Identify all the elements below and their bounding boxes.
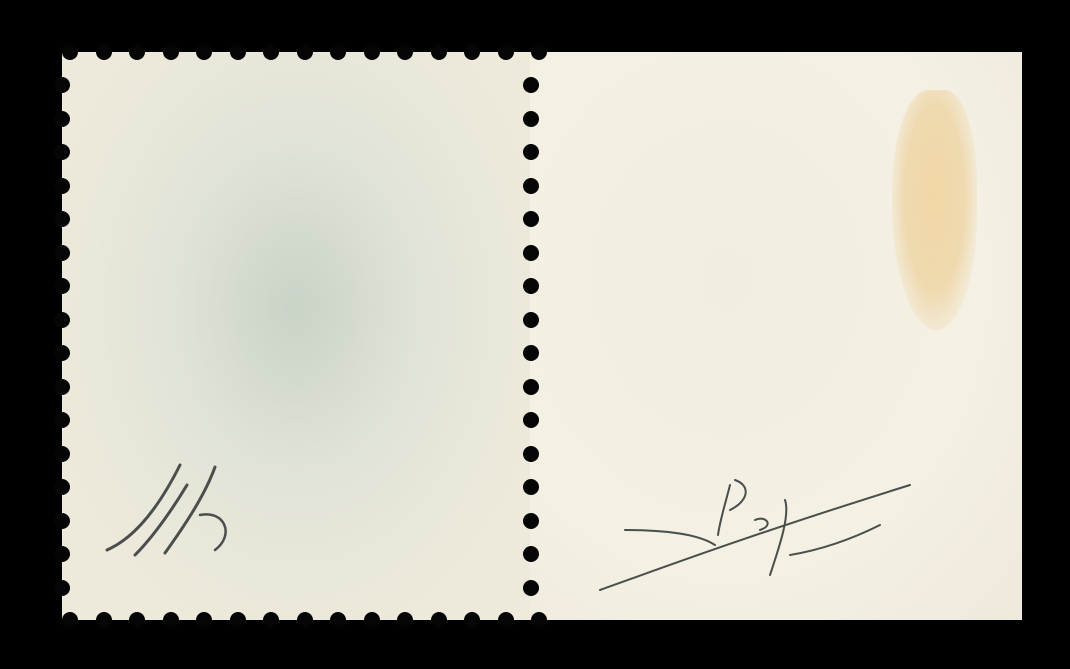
perforation-hole	[230, 44, 246, 60]
perforation-hole	[54, 479, 70, 495]
perforation-hole	[523, 580, 539, 596]
perforation-hole	[196, 44, 212, 60]
perforation-hole	[54, 278, 70, 294]
perforation-hole	[523, 278, 539, 294]
perforation-hole	[531, 612, 547, 628]
perforation-hole	[464, 44, 480, 60]
perforation-hole	[54, 245, 70, 261]
perforation-hole	[431, 612, 447, 628]
perforation-hole	[54, 513, 70, 529]
perforation-hole	[523, 412, 539, 428]
perforation-hole	[364, 44, 380, 60]
hinge-stain	[892, 90, 977, 330]
perforation-hole	[54, 412, 70, 428]
pencil-signature-left	[95, 455, 295, 565]
perforation-hole	[129, 44, 145, 60]
perforation-hole	[54, 580, 70, 596]
perforation-hole	[129, 612, 145, 628]
perforation-hole	[62, 44, 78, 60]
perforation-hole	[54, 546, 70, 562]
perforation-hole	[54, 312, 70, 328]
perforation-hole	[196, 612, 212, 628]
perforation-hole	[62, 612, 78, 628]
perforation-hole	[263, 612, 279, 628]
perforation-hole	[96, 612, 112, 628]
perforation-hole	[531, 44, 547, 60]
perforation-hole	[523, 312, 539, 328]
perforation-hole	[54, 77, 70, 93]
perforation-hole	[230, 612, 246, 628]
perforation-hole	[523, 178, 539, 194]
perforation-hole	[498, 612, 514, 628]
perforation-hole	[523, 379, 539, 395]
perforation-hole	[523, 479, 539, 495]
perforation-hole	[464, 612, 480, 628]
perforation-hole	[54, 446, 70, 462]
perforation-hole	[523, 111, 539, 127]
perforation-hole	[498, 44, 514, 60]
perforation-hole	[431, 44, 447, 60]
perforation-hole	[96, 44, 112, 60]
perforation-hole	[523, 446, 539, 462]
perforation-hole	[523, 345, 539, 361]
perforation-hole	[397, 44, 413, 60]
perforation-hole	[54, 345, 70, 361]
perforation-hole	[54, 178, 70, 194]
perforation-hole	[297, 44, 313, 60]
perforation-hole	[163, 44, 179, 60]
perforation-hole	[523, 211, 539, 227]
perforation-hole	[330, 612, 346, 628]
perforation-hole	[523, 77, 539, 93]
perforation-hole	[523, 546, 539, 562]
perforation-hole	[54, 379, 70, 395]
perforation-hole	[523, 144, 539, 160]
perforation-hole	[523, 245, 539, 261]
perforation-hole	[297, 612, 313, 628]
perforation-hole	[54, 111, 70, 127]
perforation-hole	[364, 612, 380, 628]
perforation-hole	[397, 612, 413, 628]
perforation-hole	[330, 44, 346, 60]
perforation-hole	[523, 513, 539, 529]
pencil-signature-right	[590, 465, 930, 600]
perforation-hole	[163, 612, 179, 628]
perforation-hole	[54, 144, 70, 160]
perforation-hole	[54, 211, 70, 227]
perforation-hole	[263, 44, 279, 60]
